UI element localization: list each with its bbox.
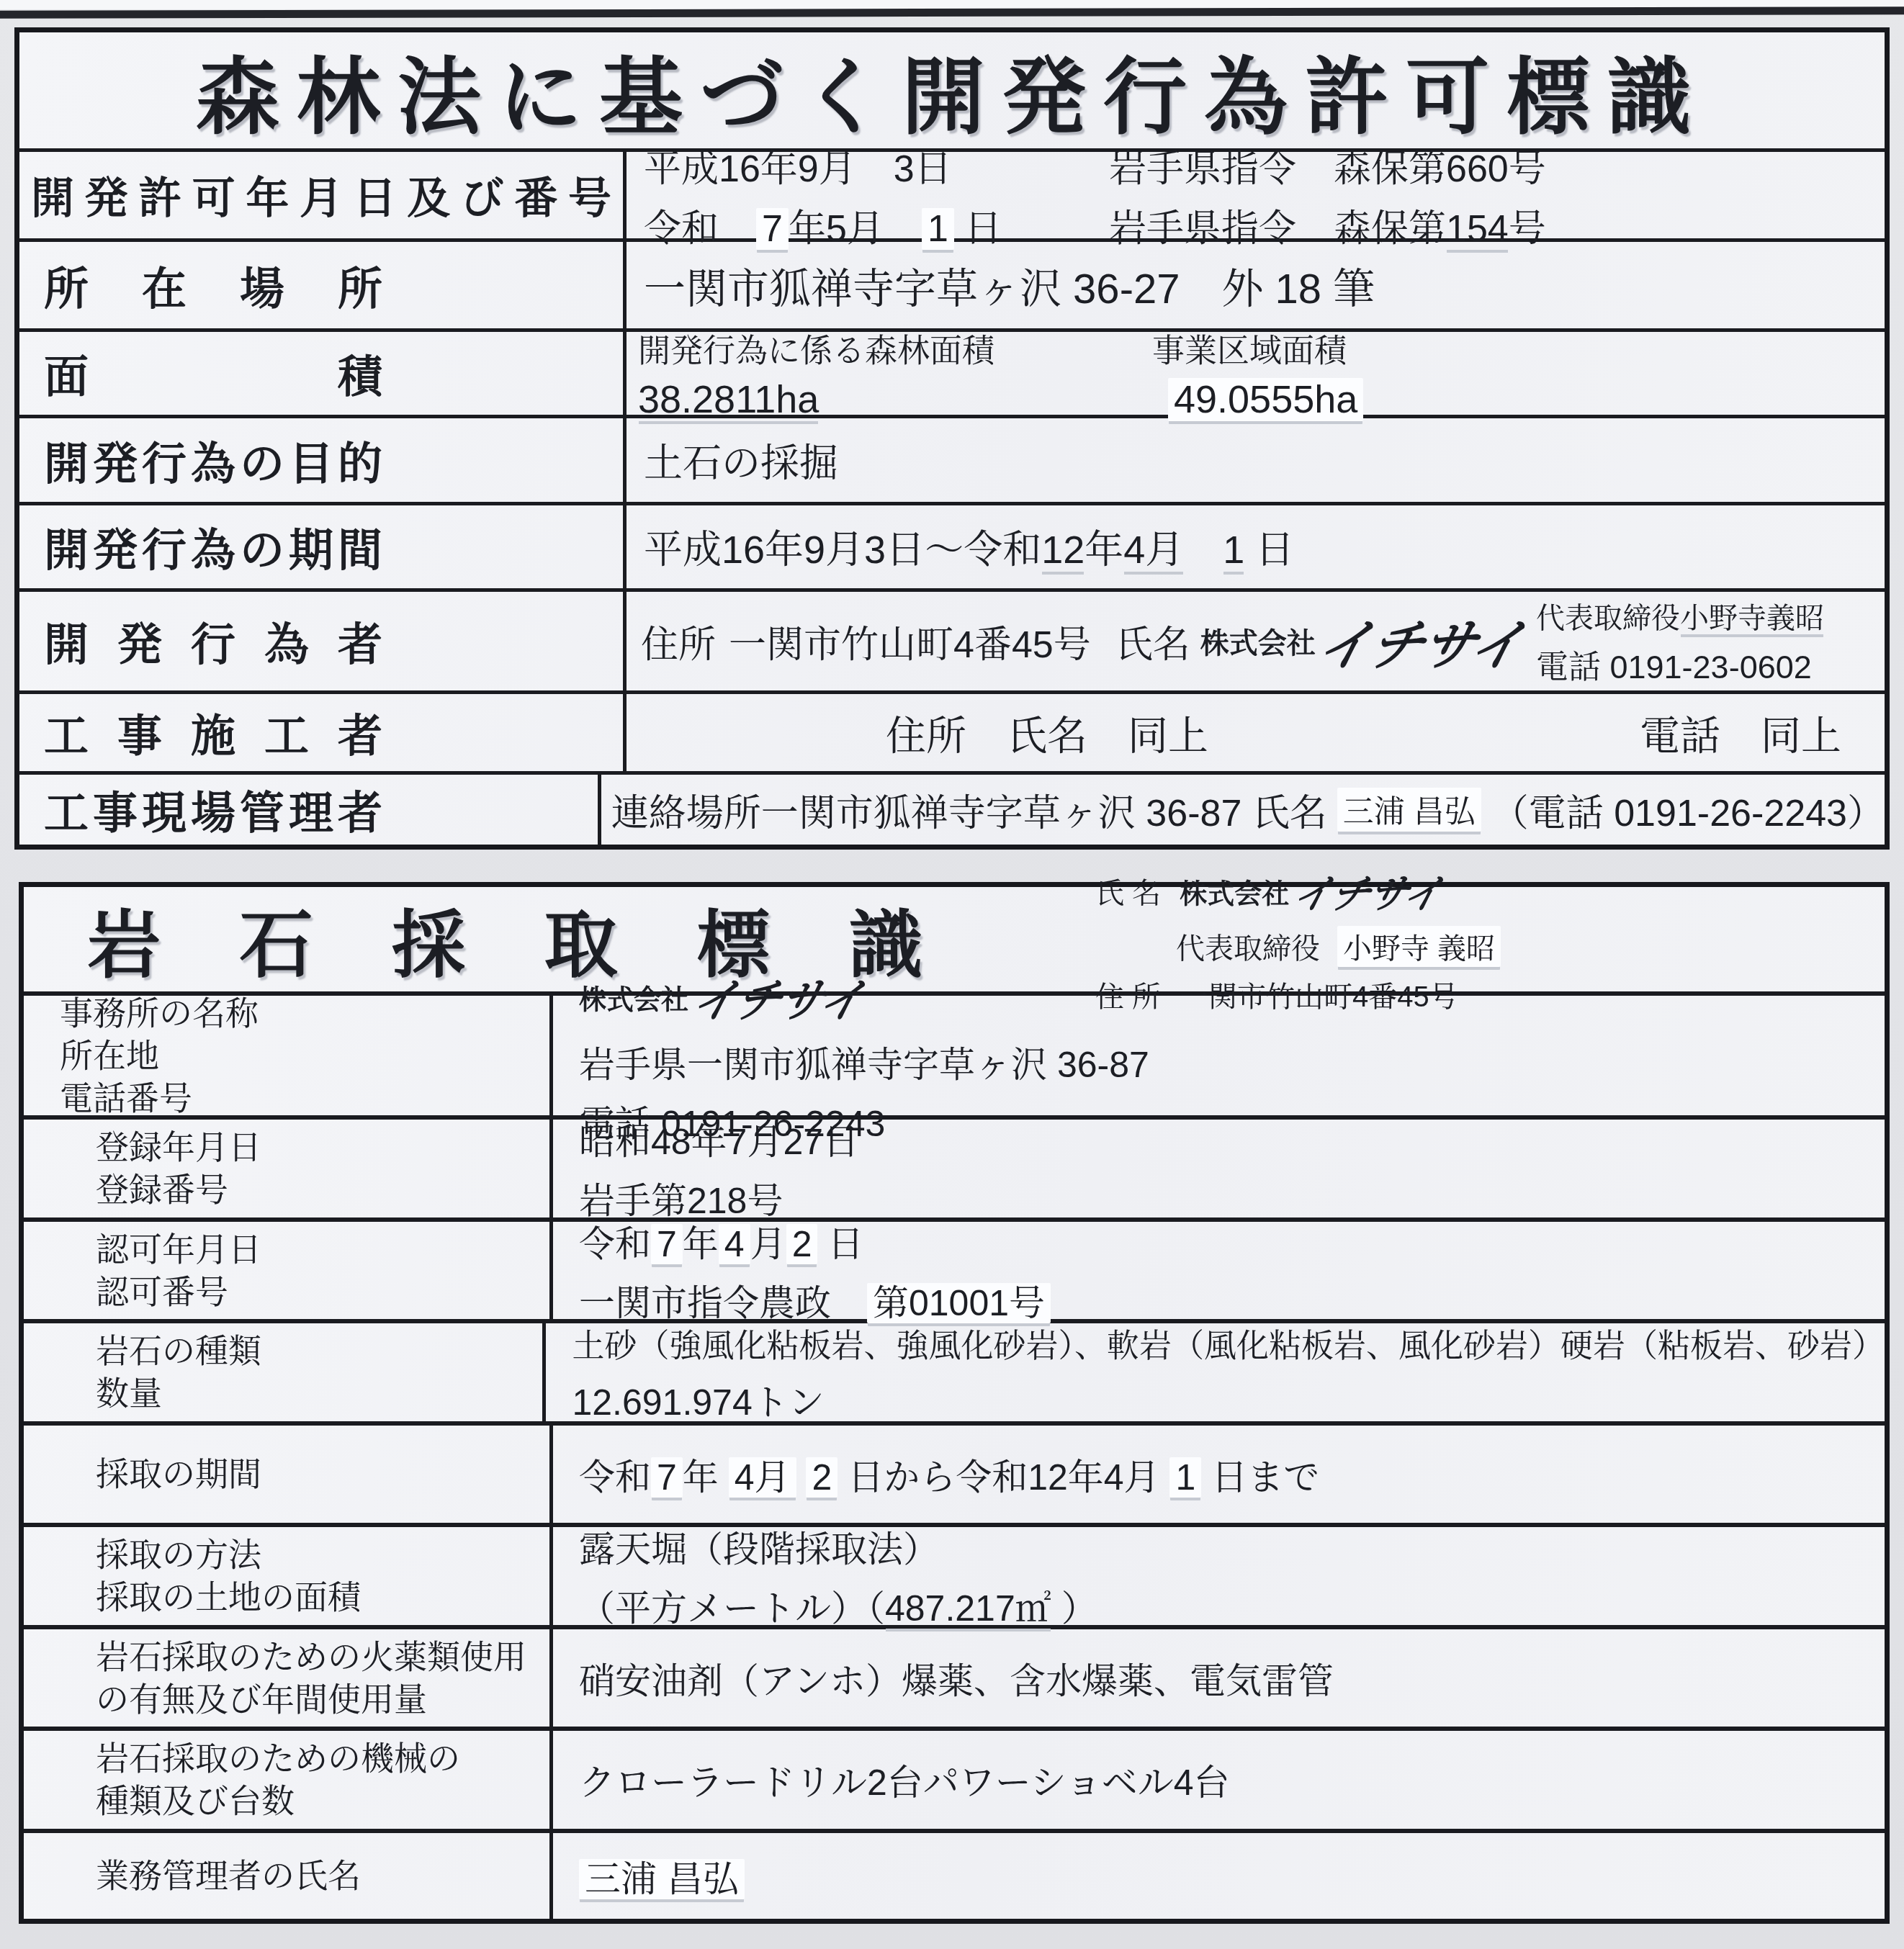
text-segment: 一関市指令農政	[579, 1283, 867, 1323]
rock-types: 土砂（強風化粘板岩、強風化砂岩）、軟岩（風化粘板岩、風化砂岩）硬岩（粘板岩、砂岩…	[572, 1320, 1885, 1367]
forest-area-label: 開発行為に係る森林面積	[638, 325, 1152, 372]
text-segment: 日から令和12年4月	[838, 1457, 1169, 1498]
approval-row: 認可年月日認可番号 令和7年4月2 日 一関市指令農政 第01001号	[24, 1217, 1885, 1319]
text-segment: 第01001号	[867, 1283, 1051, 1323]
permit-number-row: 開発許可年月日及び番号 平成16年9月 3日 令和 7年5月 1 日 岩手県指令…	[19, 148, 1885, 238]
label-line: 岩石採取のための火薬類使用	[96, 1636, 526, 1678]
site-manager-value-cell: 連絡場所一関市狐禅寺字草ヶ沢 36-87 氏名 三浦 昌弘 （電話 0191-2…	[601, 775, 1885, 845]
method-row: 採取の方法採取の土地の面積 露天堀（段階採取法） （平方メートル）（487.21…	[24, 1523, 1885, 1625]
text-segment: 4	[719, 1224, 750, 1264]
explosives-row: 岩石採取のための火薬類使用の有無及び年間使用量 硝安油剤（アンホ）爆薬、含水爆薬…	[24, 1625, 1885, 1727]
machines-labels: 岩石採取のための機械の種類及び台数	[24, 1737, 460, 1822]
location-label-cell: 所在場所	[19, 242, 627, 328]
machines-label-cell: 岩石採取のための機械の種類及び台数	[24, 1731, 553, 1829]
contractor-row: 工事施工者 住所 氏名 同上 電話 同上	[19, 690, 1885, 771]
developer-name-label: 氏名	[1115, 614, 1190, 668]
rock-extraction-sign: 岩石採取標識 氏 名 株式会社 イチサイ 代表取締役 小野寺 義昭 住 所 一関…	[19, 882, 1890, 1924]
purpose-value: 土石の採掘	[627, 433, 838, 488]
representative-name: 小野寺 義昭	[1337, 926, 1501, 967]
explosives-label-cell: 岩石採取のための火薬類使用の有無及び年間使用量	[24, 1629, 553, 1727]
holder-name-line: 氏 名 株式会社 イチサイ	[1095, 863, 1501, 919]
purpose-label-cell: 開発行為の目的	[19, 418, 627, 502]
text-segment: 令和	[579, 1224, 651, 1264]
area-label: 面積	[44, 341, 382, 405]
forest-permit-sign: 森林法に基づく開発行為許可標識 開発許可年月日及び番号 平成16年9月 3日 令…	[14, 27, 1890, 850]
permit-sign-title: 森林法に基づく開発行為許可標識	[19, 30, 1885, 150]
site-manager-row: 工事現場管理者 連絡場所一関市狐禅寺字草ヶ沢 36-87 氏名 三浦 昌弘 （電…	[19, 771, 1885, 845]
manager-labels: 業務管理者の氏名	[24, 1855, 361, 1897]
location-label: 所在場所	[44, 253, 382, 318]
contractor-label-cell: 工事施工者	[19, 694, 627, 771]
area-value-cell: 開発行為に係る森林面積 38.2811ha 事業区域面積 49.0555ha	[627, 332, 1885, 415]
text-segment: 12	[1041, 528, 1085, 572]
label-line: 業務管理者の氏名	[96, 1855, 361, 1897]
text-segment: 4月	[729, 1457, 796, 1498]
zone-area-label: 事業区域面積	[1152, 325, 1885, 372]
developer-label-cell: 開発行為者	[19, 592, 627, 690]
machines-value-cell: クローラードリル2台パワーショベル4台	[553, 1731, 1885, 1829]
label-line: 岩石採取のための機械の	[96, 1737, 460, 1780]
label-line: 種類及び台数	[96, 1780, 460, 1822]
text-segment: 38.2811ha	[638, 378, 819, 421]
text-segment: 1	[1223, 528, 1244, 572]
rock-type-row: 岩石の種類数量 土砂（強風化粘板岩、強風化砂岩）、軟岩（風化粘板岩、風化砂岩）硬…	[24, 1319, 1885, 1421]
location-value-cell: 一関市狐禅寺字草ヶ沢 36-27 外 18 筆	[627, 242, 1885, 328]
company-type-prefix: 株式会社	[579, 977, 688, 1017]
permit-number-label: 開発許可年月日及び番号	[19, 164, 623, 226]
holder-name-label: 氏 名	[1095, 870, 1161, 912]
developer-address-label: 住所	[641, 614, 716, 668]
text-segment: 487.217㎡	[885, 1588, 1051, 1629]
text-segment: 7	[651, 1224, 683, 1264]
label-line: 登録番号	[96, 1169, 261, 1211]
manager-row: 業務管理者の氏名 三浦 昌弘	[24, 1829, 1885, 1919]
area-label-cell: 面積	[19, 332, 627, 415]
extraction-period-labels: 採取の期間	[24, 1453, 261, 1495]
label-line: 認可番号	[96, 1271, 261, 1313]
text-segment	[1184, 528, 1223, 572]
ichisai-logo: イチサイ	[686, 963, 872, 1030]
developer-address: 一関市竹山町4番45号	[729, 614, 1091, 668]
registration-labels: 登録年月日登録番号	[24, 1126, 261, 1211]
machines-row: 岩石採取のための機械の種類及び台数 クローラードリル2台パワーショベル4台	[24, 1727, 1885, 1829]
rock-type-labels: 岩石の種類数量	[24, 1330, 261, 1415]
holder-representative-line: 代表取締役 小野寺 義昭	[1095, 926, 1501, 967]
explosives-value-cell: 硝安油剤（アンホ）爆薬、含水爆薬、電気雷管	[553, 1629, 1885, 1727]
label-line: 採取の方法	[96, 1534, 361, 1576]
extraction-method: 露天堀（段階採取法）	[579, 1521, 1885, 1572]
text-segment: ）	[1051, 1588, 1097, 1629]
developer-row: 開発行為者 住所 一関市竹山町4番45号 氏名 株式会社 イチサイ 代表取締役小…	[19, 588, 1885, 690]
forest-area-value: 38.2811ha	[638, 377, 1152, 422]
text-segment: 49.0555ha	[1168, 378, 1363, 421]
site-manager-label: 工事現場管理者	[44, 778, 382, 842]
text-segment: 土砂（強風化粘板岩、強風化砂岩）、軟岩（風化粘板岩、風化砂岩）硬岩（粘板岩、砂岩…	[572, 1328, 1885, 1364]
permit-dates: 平成16年9月 3日 令和 7年5月 1 日	[644, 138, 1109, 252]
purpose-row: 開発行為の目的 土石の採掘	[19, 415, 1885, 502]
text-segment: 年	[683, 1457, 729, 1498]
text-segment: クローラードリル2台パワーショベル4台	[579, 1763, 1230, 1803]
label-line: 登録年月日	[96, 1126, 261, 1169]
office-address: 岩手県一関市狐禅寺字草ヶ沢 36-87	[579, 1036, 1885, 1088]
sign-photo: 森林法に基づく開発行為許可標識 開発許可年月日及び番号 平成16年9月 3日 令…	[0, 0, 1904, 1949]
rock-type-label-cell: 岩石の種類数量	[24, 1323, 546, 1421]
explosives-labels: 岩石採取のための火薬類使用の有無及び年間使用量	[24, 1636, 526, 1721]
period-label-cell: 開発行為の期間	[19, 505, 627, 588]
site-manager-phone: （電話 0191-26-2243）	[1491, 783, 1885, 837]
text-segment: 硝安油剤（アンホ）爆薬、含水爆薬、電気雷管	[579, 1661, 1334, 1701]
office-row: 事務所の名称所在地電話番号 株式会社 イチサイ 岩手県一関市狐禅寺字草ヶ沢 36…	[24, 991, 1885, 1115]
approval-label-cell: 認可年月日認可番号	[24, 1222, 553, 1319]
contractor-value-cell: 住所 氏名 同上 電話 同上	[627, 694, 1885, 771]
text-segment: 2	[786, 1224, 818, 1264]
registration-label-cell: 登録年月日登録番号	[24, 1120, 553, 1217]
text-segment: 平成16年9月3日～令和	[644, 528, 1041, 572]
text-segment: （平方メートル）（	[579, 1588, 885, 1629]
forest-area-column: 開発行為に係る森林面積 38.2811ha	[638, 325, 1152, 422]
permit-number-label-cell: 開発許可年月日及び番号	[19, 152, 627, 238]
text-segment: 三浦 昌弘	[579, 1859, 745, 1899]
text-segment: 代表取締役	[1536, 603, 1680, 634]
text-segment: 1	[1169, 1457, 1201, 1498]
period-row: 開発行為の期間 平成16年9月3日～令和12年4月 1 日	[19, 502, 1885, 588]
location-row: 所在場所 一関市狐禅寺字草ヶ沢 36-27 外 18 筆	[19, 238, 1885, 328]
text-segment: 7	[651, 1457, 683, 1498]
site-manager-name: 三浦 昌弘	[1337, 788, 1481, 832]
label-line: 採取の期間	[96, 1453, 261, 1495]
period-label: 開発行為の期間	[44, 515, 382, 579]
representative-title: 代表取締役	[1176, 926, 1320, 967]
site-manager-contact: 連絡場所一関市狐禅寺字草ヶ沢 36-87 氏名	[611, 783, 1327, 837]
location-value: 一関市狐禅寺字草ヶ沢 36-27 外 18 筆	[627, 255, 1375, 315]
permit-title-row: 森林法に基づく開発行為許可標識	[19, 32, 1885, 148]
label-line: 電話番号	[60, 1077, 259, 1120]
zone-area-column: 事業区域面積 49.0555ha	[1152, 325, 1885, 422]
text-segment: 日	[817, 1224, 863, 1264]
text-segment: 日まで	[1201, 1457, 1319, 1498]
label-line: 岩石の種類	[96, 1330, 261, 1372]
extraction-period-label-cell: 採取の期間	[24, 1426, 553, 1523]
area-row: 面積 開発行為に係る森林面積 38.2811ha 事業区域面積 49.0555h…	[19, 328, 1885, 415]
label-line: 採取の土地の面積	[96, 1576, 361, 1619]
company-type-prefix: 株式会社	[1200, 621, 1316, 662]
zone-area-value: 49.0555ha	[1152, 377, 1885, 422]
developer-label: 開発行為者	[44, 609, 382, 673]
contractor-same-as-above: 住所 氏名 同上	[886, 704, 1208, 762]
purpose-value-cell: 土石の採掘	[627, 418, 1885, 502]
registration-row: 登録年月日登録番号 昭和48年7月27日 岩手第218号	[24, 1115, 1885, 1217]
manager-label-cell: 業務管理者の氏名	[24, 1833, 553, 1919]
text-segment: 4月	[1123, 528, 1184, 572]
company-type-prefix: 株式会社	[1180, 871, 1289, 911]
contractor-phone-same: 電話 同上	[1640, 704, 1841, 762]
approval-number: 一関市指令農政 第01001号	[579, 1274, 1885, 1326]
text-segment: 平成16年9月	[644, 148, 894, 190]
office-label-cell: 事務所の名称所在地電話番号	[24, 996, 553, 1115]
rock-type-value-cell: 土砂（強風化粘板岩、強風化砂岩）、軟岩（風化粘板岩、風化砂岩）硬岩（粘板岩、砂岩…	[546, 1323, 1885, 1421]
label-line: 認可年月日	[96, 1228, 261, 1271]
office-value-cell: 株式会社 イチサイ 岩手県一関市狐禅寺字草ヶ沢 36-87 電話 0191-26…	[553, 996, 1885, 1115]
purpose-label: 開発行為の目的	[44, 428, 382, 492]
extraction-period-row: 採取の期間 令和7年 4月 2 日から令和12年4月 1 日まで	[24, 1421, 1885, 1523]
machines-list: クローラードリル2台パワーショベル4台	[579, 1754, 1885, 1806]
text-segment: 年	[1085, 528, 1123, 572]
manager-name: 三浦 昌弘	[579, 1850, 1885, 1902]
text-segment: 岩手県指令 森保第660号	[1109, 148, 1546, 190]
permit-ref-line: 岩手県指令 森保第660号	[1109, 138, 1885, 192]
text-segment: 小野寺義昭	[1680, 603, 1824, 634]
text-segment: 2	[806, 1457, 838, 1498]
text-segment: 3日	[894, 148, 952, 190]
text-segment: 露天堀（段階採取法）	[579, 1529, 939, 1570]
approval-date: 令和7年4月2 日	[579, 1215, 1885, 1267]
office-company-line: 株式会社 イチサイ	[579, 965, 1885, 1029]
developer-phone: 電話 0191-23-0602	[1536, 641, 1877, 688]
registration-date: 昭和48年7月27日	[579, 1113, 1885, 1165]
text-segment: 年	[683, 1224, 719, 1264]
developer-representative: 代表取締役小野寺義昭	[1536, 595, 1877, 636]
explosives-list: 硝安油剤（アンホ）爆薬、含水爆薬、電気雷管	[579, 1652, 1885, 1704]
extraction-period-value-cell: 令和7年 4月 2 日から令和12年4月 1 日まで	[553, 1426, 1885, 1523]
text-segment: 令和	[579, 1457, 651, 1498]
extraction-land-area: （平方メートル）（487.217㎡ ）	[579, 1580, 1885, 1631]
text-segment	[796, 1457, 807, 1498]
text-segment: 日	[1244, 528, 1294, 572]
registration-value-cell: 昭和48年7月27日 岩手第218号	[553, 1120, 1885, 1217]
permit-number-value-cell: 平成16年9月 3日 令和 7年5月 1 日 岩手県指令 森保第660号 岩手県…	[627, 152, 1885, 238]
rock-quantity: 12.691.974トン	[572, 1374, 1885, 1426]
contractor-label: 工事施工者	[44, 701, 382, 765]
approval-labels: 認可年月日認可番号	[24, 1228, 261, 1313]
method-labels: 採取の方法採取の土地の面積	[24, 1534, 361, 1619]
label-line: 所在地	[60, 1035, 259, 1077]
ichisai-logo: イチサイ	[1288, 862, 1449, 919]
label-line: 数量	[96, 1372, 261, 1415]
developer-value-cell: 住所 一関市竹山町4番45号 氏名 株式会社 イチサイ 代表取締役小野寺義昭 電…	[627, 592, 1885, 690]
text-segment: 12.691.974トン	[572, 1382, 824, 1423]
label-line: の有無及び年間使用量	[96, 1678, 526, 1721]
developer-contact-block: 代表取締役小野寺義昭 電話 0191-23-0602	[1536, 595, 1885, 688]
permit-ref-numbers: 岩手県指令 森保第660号 岩手県指令 森保第154号	[1109, 138, 1885, 252]
method-value-cell: 露天堀（段階採取法） （平方メートル）（487.217㎡ ）	[553, 1527, 1885, 1625]
permit-date-line: 平成16年9月 3日	[644, 138, 1109, 192]
office-labels: 事務所の名称所在地電話番号	[24, 992, 259, 1120]
approval-value-cell: 令和7年4月2 日 一関市指令農政 第01001号	[553, 1222, 1885, 1319]
site-manager-label-cell: 工事現場管理者	[19, 775, 601, 845]
manager-value-cell: 三浦 昌弘	[553, 1833, 1885, 1919]
method-label-cell: 採取の方法採取の土地の面積	[24, 1527, 553, 1625]
period-value-cell: 平成16年9月3日～令和12年4月 1 日	[627, 505, 1885, 588]
period-value: 平成16年9月3日～令和12年4月 1 日	[627, 519, 1294, 575]
ichisai-logo: イチサイ	[1310, 601, 1533, 680]
text-segment: 月	[750, 1224, 786, 1264]
label-line: 事務所の名称	[60, 992, 259, 1035]
extraction-period: 令和7年 4月 2 日から令和12年4月 1 日まで	[579, 1449, 1885, 1500]
text-segment: 昭和48年7月27日	[579, 1122, 859, 1162]
